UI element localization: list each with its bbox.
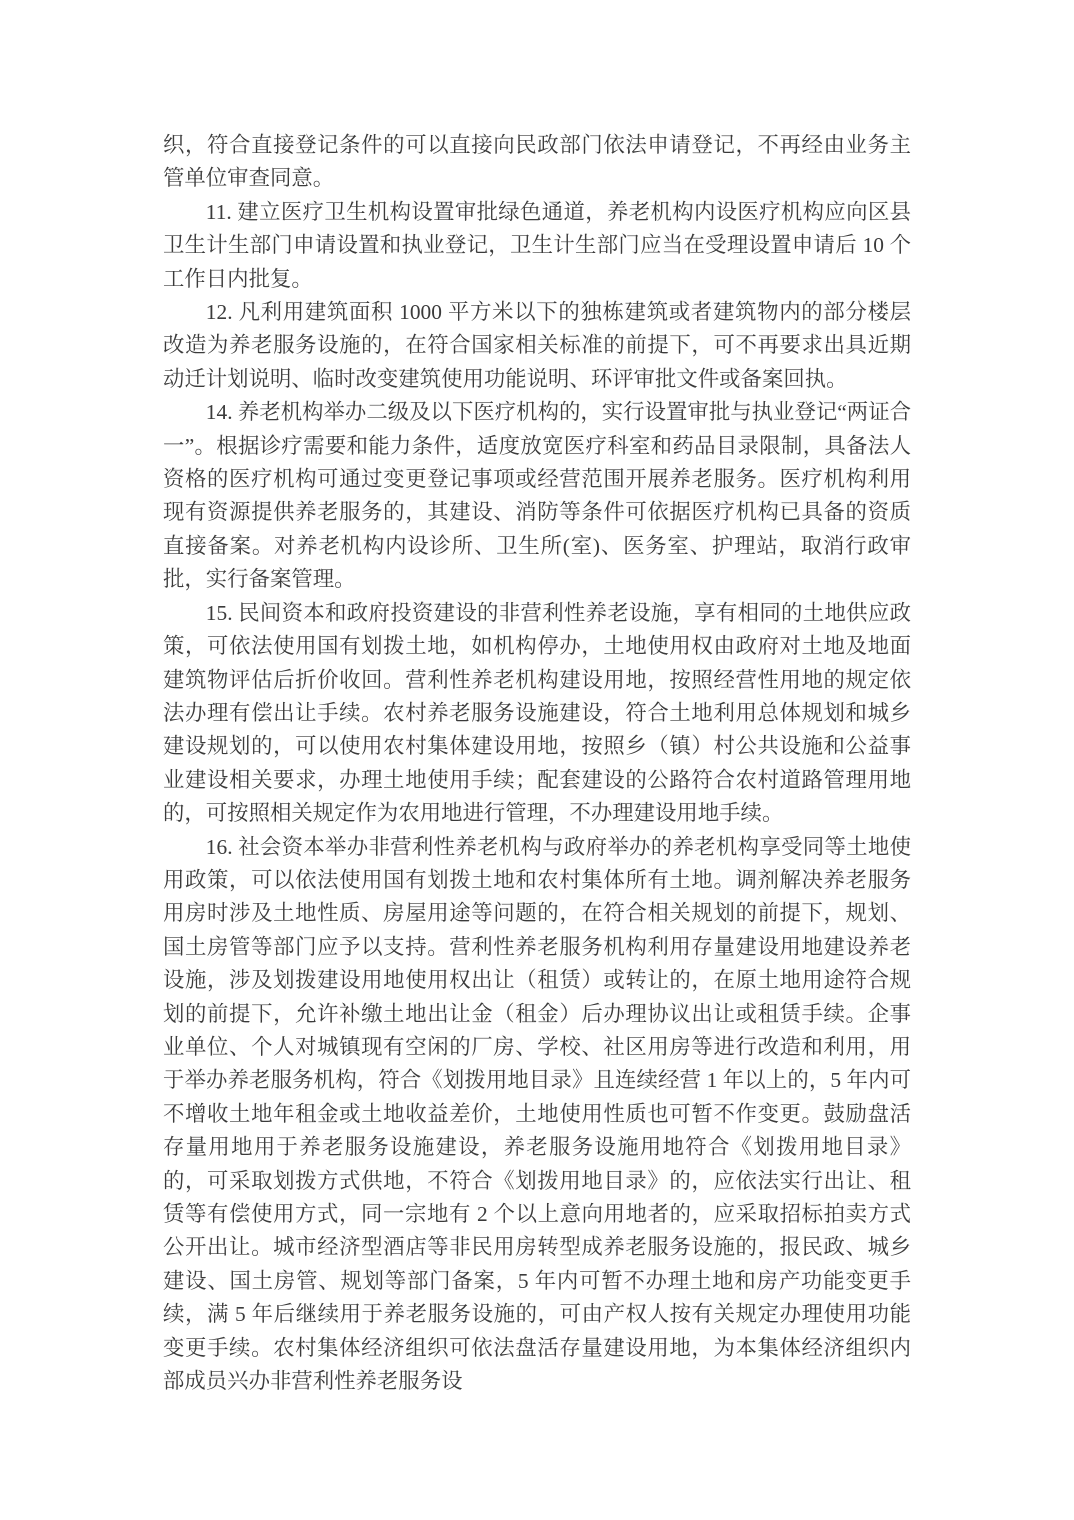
paragraph-item-16: 16. 社会资本举办非营利性养老机构与政府举办的养老机构享受同等土地使用政策，可… [163, 831, 911, 1399]
paragraph-continuation: 织，符合直接登记条件的可以直接向民政部门依法申请登记，不再经由业务主管单位审查同… [163, 129, 911, 196]
paragraph-item-11: 11. 建立医疗卫生机构设置审批绿色通道，养老机构内设医疗机构应向区县卫生计生部… [163, 196, 911, 296]
paragraph-item-14: 14. 养老机构举办二级及以下医疗机构的，实行设置审批与执业登记“两证合一”。根… [163, 396, 911, 596]
text-block: 织，符合直接登记条件的可以直接向民政部门依法申请登记，不再经由业务主管单位审查同… [163, 129, 911, 1398]
paragraph-item-12: 12. 凡利用建筑面积 1000 平方米以下的独栋建筑或者建筑物内的部分楼层改造… [163, 296, 911, 396]
document-page: 织，符合直接登记条件的可以直接向民政部门依法申请登记，不再经由业务主管单位审查同… [0, 0, 1074, 1520]
paragraph-item-15: 15. 民间资本和政府投资建设的非营利性养老设施，享有相同的土地供应政策，可依法… [163, 597, 911, 831]
